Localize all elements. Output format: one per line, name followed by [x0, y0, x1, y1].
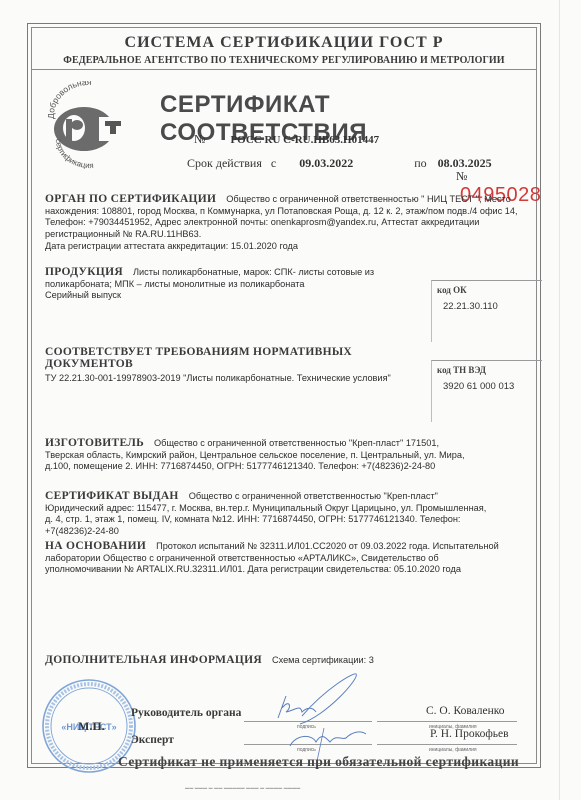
certificate-number: РОСС RU C-RU.НВ63.Н01447: [231, 134, 380, 146]
compliance-section: СООТВЕТСТВУЕТ ТРЕБОВАНИЯМ НОРМАТИВНЫХ ДО…: [45, 347, 406, 385]
okpd-code-label: код ОК: [437, 285, 542, 295]
certificate-number-row: № РОСС RU C-RU.НВ63.Н01447: [194, 132, 379, 147]
additional-info-heading: ДОПОЛНИТЕЛЬНАЯ ИНФОРМАЦИЯ: [45, 654, 262, 666]
product-section: ПРОДУКЦИЯЛисты поликарбонатные, марок: С…: [45, 267, 396, 302]
valid-from-date: 09.03.2022: [299, 156, 353, 171]
certification-body-heading: ОРГАН ПО СЕРТИФИКАЦИИ: [45, 193, 216, 205]
basis-heading: НА ОСНОВАНИИ: [45, 540, 146, 552]
additional-info-text: Схема сертификации: 3: [272, 655, 374, 665]
compliance-heading: СООТВЕТСТВУЕТ ТРЕБОВАНИЯМ НОРМАТИВНЫХ ДО…: [45, 347, 396, 370]
manufacturer-heading: ИЗГОТОВИТЕЛЬ: [45, 437, 144, 449]
validity-from-label: с: [271, 156, 276, 171]
number-label: №: [194, 132, 205, 146]
footer-note: Сертификат не применяется при обязательн…: [118, 754, 519, 770]
printer-imprint: ▬▬ ▬▬▬ ▬ ▬▬ ▬▬▬▬▬ ▬▬▬ ▬ ▬▬▬▬ ▬▬▬▬: [185, 785, 301, 790]
certification-body-section: ОРГАН ПО СЕРТИФИКАЦИИОбщество с ограниче…: [45, 194, 526, 253]
expert-label: Эксперт: [131, 734, 174, 746]
expert-name-line: [377, 744, 517, 745]
rst-logo-icon: Добровольная сертификация: [44, 81, 132, 169]
compliance-text: ТУ 22.21.30-001-19978903-2019 "Листы пол…: [45, 373, 406, 385]
accreditation-date: Дата регистрации аттестата аккредитации:…: [45, 241, 526, 253]
mp-label: М.П.: [78, 719, 105, 734]
issued-to-section: СЕРТИФИКАТ ВЫДАНОбщество с ограниченной …: [45, 491, 496, 537]
validity-label: Срок действия: [187, 156, 262, 171]
blank-number-label: №: [456, 169, 467, 183]
certificate-frame: СИСТЕМА СЕРТИФИКАЦИИ ГОСТ Р ФЕДЕРАЛЬНОЕ …: [27, 23, 541, 768]
basis-section: НА ОСНОВАНИИПротокол испытаний № 32311.И…: [45, 541, 516, 576]
tnved-code-label: код ТН ВЭД: [437, 365, 542, 375]
head-signature-icon: [256, 668, 386, 768]
agency-name: ФЕДЕРАЛЬНОЕ АГЕНТСТВО ПО ТЕХНИЧЕСКОМУ РЕ…: [32, 55, 536, 66]
page-edge-line: [559, 0, 560, 800]
expert-name-caption: инициалы, фамилия: [429, 747, 477, 753]
validity-to-label: по: [414, 156, 426, 171]
okpd-code-box: код ОК 22.21.30.110: [431, 280, 542, 342]
head-name: С. О. Коваленко: [426, 705, 505, 717]
tnved-code-value: 3920 61 000 013: [443, 381, 542, 392]
expert-name: Р. Н. Прокофьев: [430, 728, 509, 740]
certificate-header: СИСТЕМА СЕРТИФИКАЦИИ ГОСТ Р ФЕДЕРАЛЬНОЕ …: [32, 28, 536, 70]
certificate-inner-frame: СИСТЕМА СЕРТИФИКАЦИИ ГОСТ Р ФЕДЕРАЛЬНОЕ …: [31, 27, 537, 764]
validity-row: Срок действия с 09.03.2022 по 08.03.2025: [187, 156, 492, 171]
head-name-line: [377, 721, 517, 722]
okpd-code-value: 22.21.30.110: [443, 301, 542, 312]
product-release: Серийный выпуск: [45, 290, 396, 302]
product-heading: ПРОДУКЦИЯ: [45, 266, 123, 278]
head-of-body-label: Руководитель органа: [131, 707, 241, 719]
tnved-code-box: код ТН ВЭД 3920 61 000 013: [431, 360, 542, 422]
system-title: СИСТЕМА СЕРТИФИКАЦИИ ГОСТ Р: [32, 34, 536, 52]
issued-to-heading: СЕРТИФИКАТ ВЫДАН: [45, 490, 179, 502]
manufacturer-section: ИЗГОТОВИТЕЛЬОбщество с ограниченной отве…: [45, 438, 476, 473]
additional-info-section: ДОПОЛНИТЕЛЬНАЯ ИНФОРМАЦИЯСхема сертифика…: [45, 655, 526, 667]
